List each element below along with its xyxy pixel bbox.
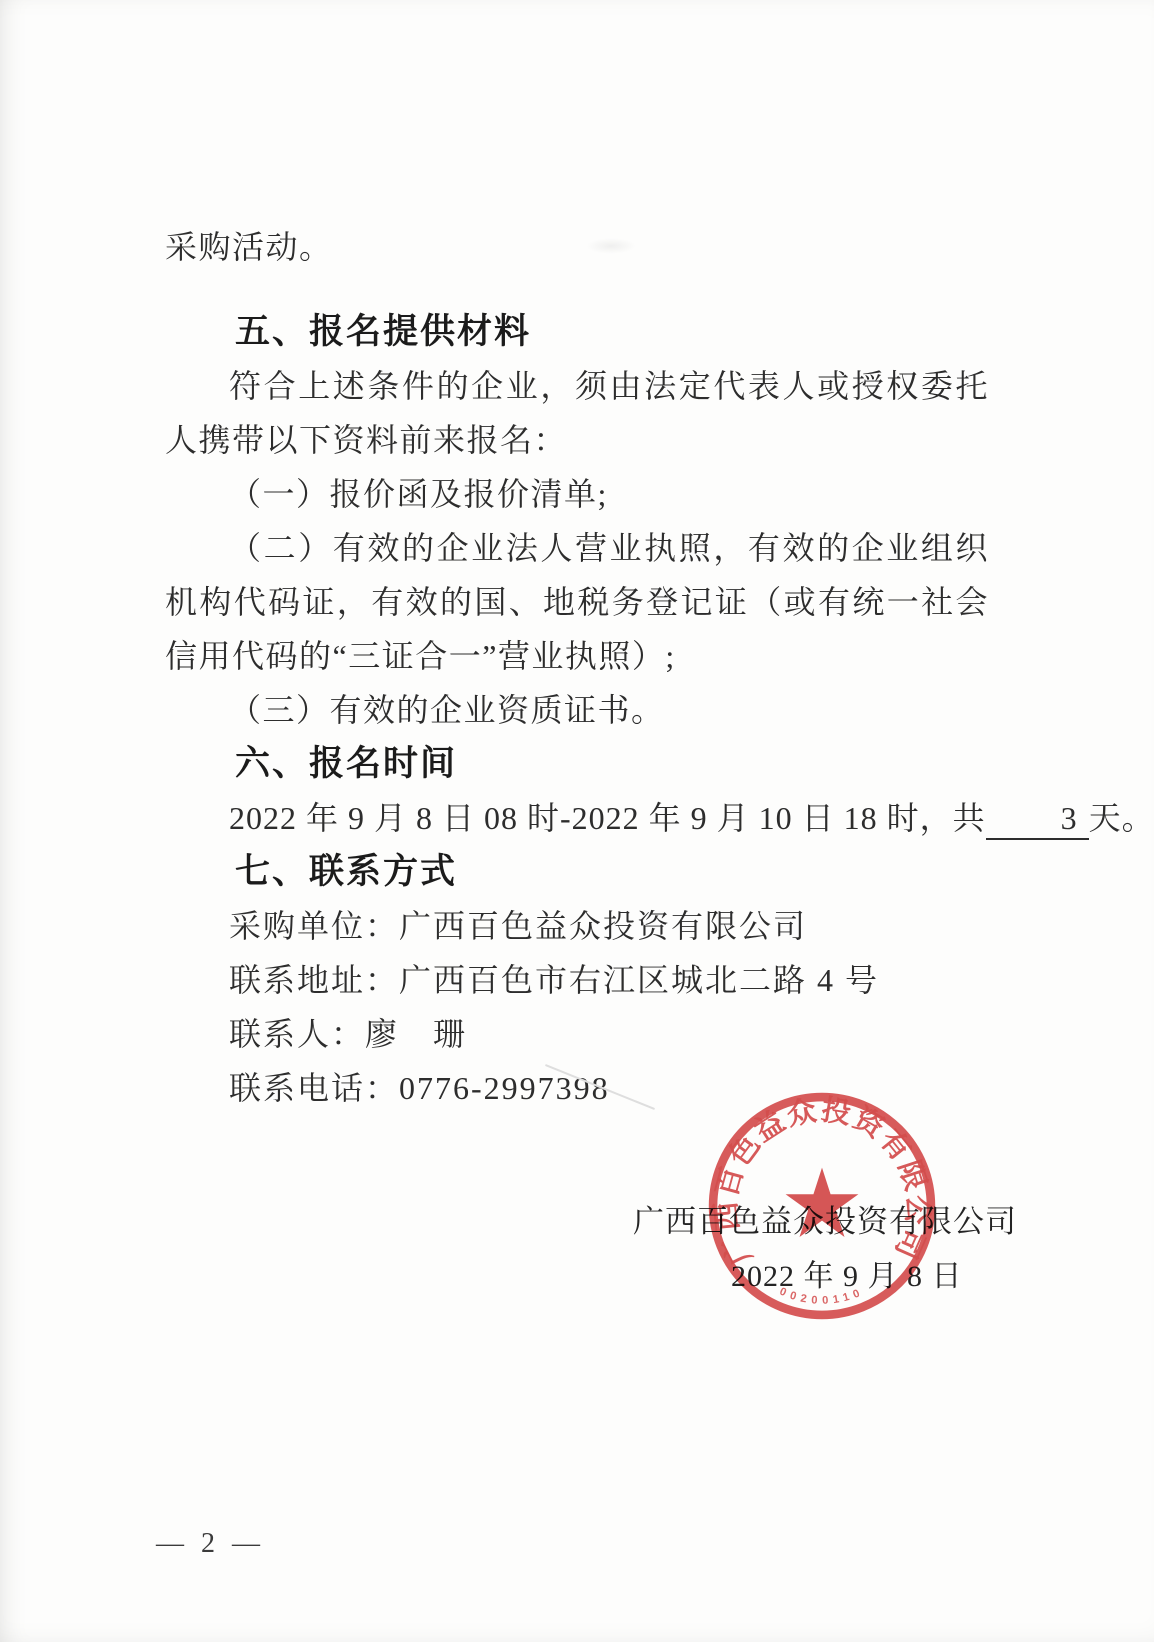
contact-value: 广西百色市右江区城北二路 4 号 bbox=[399, 962, 879, 998]
section-5-heading: 五、报名提供材料 bbox=[165, 305, 989, 359]
seal-serial-number: 00200110 bbox=[778, 1286, 867, 1307]
contact-line-person: 联系人：廖 珊 bbox=[165, 1007, 989, 1061]
contact-line-unit: 采购单位：广西百色益众投资有限公司 bbox=[165, 899, 989, 953]
list-item-2: （二）有效的企业法人营业执照，有效的企业组织机构代码证，有效的国、地税务登记证（… bbox=[165, 521, 989, 683]
contact-value: 廖 珊 bbox=[365, 1016, 467, 1052]
company-seal: 广西百色益众投资有限公司 00200110 bbox=[706, 1090, 938, 1322]
section-5-intro: 符合上述条件的企业，须由法定代表人或授权委托人携带以下资料前来报名： bbox=[165, 359, 989, 467]
contact-value: 广西百色益众投资有限公司 bbox=[399, 908, 807, 944]
contact-label: 联系地址： bbox=[229, 962, 399, 998]
registration-time-suffix: 天。 bbox=[1089, 800, 1154, 836]
registration-time-line: 2022 年 9 月 8 日 08 时-2022 年 9 月 10 日 18 时… bbox=[165, 791, 989, 845]
registration-time-prefix: 2022 年 9 月 8 日 08 时-2022 年 9 月 10 日 18 时… bbox=[229, 800, 986, 836]
contact-value: 0776-2997398 bbox=[399, 1070, 610, 1106]
contact-line-address: 联系地址：广西百色市右江区城北二路 4 号 bbox=[165, 953, 989, 1007]
list-item-3: （三）有效的企业资质证书。 bbox=[165, 683, 989, 737]
registration-days-underlined: 3 bbox=[986, 798, 1089, 840]
contact-label: 采购单位： bbox=[229, 908, 399, 944]
contact-label: 联系电话： bbox=[229, 1070, 399, 1106]
svg-text:00200110: 00200110 bbox=[778, 1286, 867, 1307]
document-page: 采购活动。 五、报名提供材料 符合上述条件的企业，须由法定代表人或授权委托人携带… bbox=[0, 0, 1154, 1642]
section-6-heading: 六、报名时间 bbox=[165, 737, 989, 791]
list-item-1: （一）报价函及报价清单; bbox=[165, 467, 989, 521]
section-7-heading: 七、联系方式 bbox=[165, 845, 989, 899]
document-body: 采购活动。 五、报名提供材料 符合上述条件的企业，须由法定代表人或授权委托人携带… bbox=[165, 220, 989, 1115]
seal-star-icon bbox=[786, 1168, 859, 1237]
intro-paragraph: 采购活动。 bbox=[165, 220, 989, 274]
page-number: — 2 — bbox=[156, 1526, 265, 1562]
contact-label: 联系人： bbox=[229, 1016, 365, 1052]
